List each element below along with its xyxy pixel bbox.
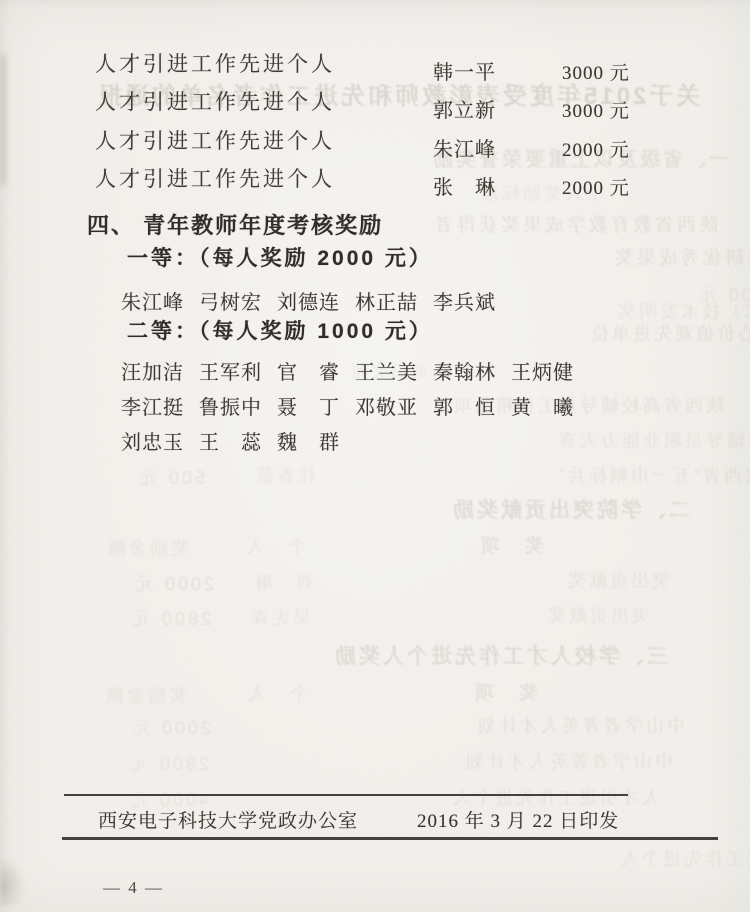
bleed-through-text: 陕西省“五一巾帼标兵” xyxy=(556,462,750,488)
scan-corner-smudge xyxy=(0,856,26,906)
bleed-through-text: 3000 元 xyxy=(697,281,750,307)
bleed-through-text: 奖励金额 xyxy=(105,535,189,561)
bleed-through-text: 人才引进工作先进个人 xyxy=(618,845,750,871)
tier2-name-row: 汪加洁王军利官 睿王兰美秦翰林王炳健 xyxy=(121,356,574,385)
person-name: 弓树宏 xyxy=(199,286,262,315)
award-amount: 2000 元 xyxy=(562,135,630,162)
bleed-through-text: 中山学者菁英人才计划 xyxy=(463,748,673,774)
award-title: 人才引进工作先进个人 xyxy=(95,86,335,116)
footer-rule-top xyxy=(64,794,628,796)
award-title: 人才引进工作先进个人 xyxy=(95,48,335,78)
person-name: 郭 恒 xyxy=(433,391,496,420)
person-name: 秦翰林 xyxy=(433,356,496,385)
tier2-name-row: 刘忠玉王 蕊魏 群 xyxy=(121,426,340,455)
bleed-through-text: 2000 元 xyxy=(133,570,214,596)
bleed-through-text: 奖 项 xyxy=(472,678,538,705)
bleed-through-text: 陕西省教育教学成果奖获得者 xyxy=(432,210,718,237)
person-name: 王炳健 xyxy=(511,356,574,385)
awardee-name: 韩一平 xyxy=(433,56,496,85)
person-name: 魏 群 xyxy=(277,426,340,455)
bleed-through-text: 吴宪森 xyxy=(248,604,311,630)
bleed-through-text: 500 元 xyxy=(137,464,205,490)
scan-edge-smudge xyxy=(0,55,6,185)
person-name: 林正喆 xyxy=(355,286,418,315)
person-name: 刘忠玉 xyxy=(121,426,184,455)
person-name: 刘德连 xyxy=(277,286,340,315)
footer-rule-bottom xyxy=(62,837,718,840)
award-title: 人才引进工作先进个人 xyxy=(95,163,335,193)
bleed-through-text: 2800 元 xyxy=(130,605,211,631)
person-name: 李兵斌 xyxy=(433,286,496,315)
tier2-name-row: 李江挺鲁振中聂 丁邓敬亚郭 恒黄 曦 xyxy=(121,391,574,420)
person-name: 黄 曦 xyxy=(511,391,574,420)
bleed-through-text: 中山学者菁英人才计划 xyxy=(475,712,685,738)
bleed-through-text: 桂香蕊 xyxy=(253,462,316,488)
section-heading: 四、 青年教师年度考核奖励 xyxy=(87,209,383,240)
tier2-label: 二等：（每人奖励 1000 元） xyxy=(127,315,433,345)
bleed-through-text: 刘 琳 xyxy=(252,569,315,595)
bleed-through-text: 奖励金额 xyxy=(103,682,187,708)
bleed-through-text: 二、学院突出贡献奖励 xyxy=(450,494,690,524)
bleed-through-text: 奖 项 xyxy=(478,531,544,558)
issue-date: 2016 年 3 月 22 日印发 xyxy=(417,806,619,833)
bleed-through-text: 全国践行社会主义核心价值观先进单位 xyxy=(588,320,750,346)
page-number: — 4 — xyxy=(103,878,164,898)
person-name: 邓敬亚 xyxy=(355,391,418,420)
person-name: 汪加洁 xyxy=(121,356,184,385)
award-amount: 3000 元 xyxy=(562,58,630,85)
bleed-through-text: 个 人 xyxy=(243,533,306,559)
issuing-office: 西安电子科技大学党政办公室 xyxy=(98,806,358,833)
award-title: 人才引进工作先进个人 xyxy=(95,125,335,155)
bleed-through-text: 三、学校人才工作先进个人奖励 xyxy=(332,640,668,670)
bleed-through-text: 2000 元 xyxy=(130,714,211,740)
bleed-through-text: 个 人 xyxy=(245,680,308,706)
bleed-through-text: 教育部 2015 年度高校科研优秀成果奖 xyxy=(612,243,750,270)
person-name: 聂 丁 xyxy=(277,391,340,420)
award-amount: 2000 元 xyxy=(562,173,630,200)
awardee-name: 朱江峰 xyxy=(433,133,496,162)
tier1-label: 一等：（每人奖励 2000 元） xyxy=(127,242,433,272)
tier1-name-row: 朱江峰弓树宏刘德连林正喆李兵斌 xyxy=(121,286,496,315)
person-name: 官 睿 xyxy=(277,356,340,385)
scanned-document-page: 关于2015年度受表彰教师和先进工作者名单的通报一、省级及以上重要荣誉奖励个人奖… xyxy=(0,0,750,912)
person-name: 鲁振中 xyxy=(199,391,262,420)
person-name: 王军利 xyxy=(199,356,262,385)
bleed-through-text: 陕西省辅导员职业能力大赛 xyxy=(556,427,750,453)
person-name: 朱江峰 xyxy=(121,286,184,315)
awardee-name: 张 琳 xyxy=(433,171,496,200)
bleed-through-text: 2800 元 xyxy=(128,750,209,776)
person-name: 王兰美 xyxy=(355,356,418,385)
bleed-through-text: （科学技术）技术发明奖 xyxy=(615,298,750,324)
person-name: 王 蕊 xyxy=(199,426,262,455)
awardee-name: 郭立新 xyxy=(433,94,496,123)
award-amount: 3000 元 xyxy=(562,96,630,123)
person-name: 李江挺 xyxy=(121,391,184,420)
bleed-through-text: 突出贡献奖 xyxy=(565,567,670,593)
bleed-through-text: 突出贡献奖 xyxy=(545,602,650,628)
